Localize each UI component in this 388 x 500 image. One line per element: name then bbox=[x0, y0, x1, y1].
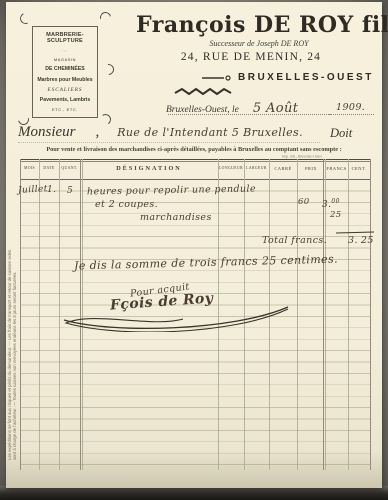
col-largeur: LARGEUR bbox=[244, 166, 269, 170]
entry-month: Juillet bbox=[18, 184, 48, 196]
margin-note-line2: sont à charge de l'acheteur. — Toutes ca… bbox=[12, 175, 17, 460]
payment-terms: Pour vente et livraison des marchandises… bbox=[16, 146, 372, 153]
salutation-comma: , bbox=[96, 124, 100, 140]
services-box: MARBRERIE-SCULPTURE ·:· MAGASIN DE CHEMI… bbox=[32, 26, 98, 118]
scanned-invoice: MARBRERIE-SCULPTURE ·:· MAGASIN DE CHEMI… bbox=[0, 0, 388, 500]
entry-date: 1. bbox=[47, 185, 56, 195]
torn-bottom-edge bbox=[0, 486, 388, 500]
side-flourish-icon bbox=[101, 62, 116, 77]
col-cent: CENT. bbox=[348, 166, 370, 171]
flourish-icon bbox=[174, 87, 232, 96]
margin-legal-note: Les expéditions se font aux risques et p… bbox=[7, 175, 18, 460]
services-line-escaliers: ESCALIERS bbox=[48, 87, 83, 93]
col-longueur: LONGUEUR bbox=[218, 166, 244, 170]
services-line-pavements: Pavements, Lambris bbox=[40, 97, 90, 103]
box-separator: ·:· bbox=[62, 48, 69, 53]
salutation-underline bbox=[18, 142, 320, 143]
col-prix: PRIX bbox=[297, 166, 325, 171]
doit-label: Doit bbox=[330, 126, 352, 141]
company-name: François DE ROY fils bbox=[136, 12, 382, 38]
year-underline bbox=[328, 114, 374, 115]
corner-flourish-icon bbox=[98, 10, 113, 25]
col-quant: QUANT. bbox=[59, 166, 80, 170]
col-date: DATE bbox=[39, 166, 59, 170]
services-line-magasin: MAGASIN bbox=[54, 57, 76, 62]
col-francs: FRANCS bbox=[325, 166, 348, 171]
entry-designation-3: marchandises bbox=[140, 212, 212, 223]
signature-flourish-icon bbox=[58, 298, 298, 332]
successor-line: Successeur de Joseph DE ROY bbox=[156, 39, 362, 48]
services-line-etc: ETC., ETC. bbox=[52, 107, 78, 112]
services-title: MARBRERIE-SCULPTURE bbox=[34, 32, 96, 44]
total-label: Total francs. bbox=[262, 235, 327, 246]
corner-flourish-icon bbox=[18, 11, 32, 25]
services-line-cheminees: DE CHEMINÉES bbox=[45, 66, 85, 72]
invoice-paper: MARBRERIE-SCULPTURE ·:· MAGASIN DE CHEMI… bbox=[6, 2, 382, 488]
entry-amount-2: 25 bbox=[330, 210, 342, 220]
dash-ornament-icon bbox=[202, 74, 232, 82]
col-mois: MOIS bbox=[20, 166, 39, 170]
entry-quantity: 5 bbox=[67, 186, 73, 196]
entry-designation-2: et 2 coupes. bbox=[95, 199, 158, 210]
city-name: BRUXELLES-OUEST bbox=[238, 72, 374, 83]
services-line-marbres: Marbres pour Meubles bbox=[37, 77, 92, 83]
date-underline bbox=[168, 114, 331, 115]
total-amount: 3.25 bbox=[348, 235, 374, 246]
city-row: BRUXELLES-OUEST bbox=[202, 72, 374, 83]
col-designation: DÉSIGNATION bbox=[80, 165, 218, 172]
street-address: 24, Rue de Menin, 24 bbox=[134, 51, 368, 63]
entry-amount-1: 3.00 bbox=[322, 198, 340, 210]
salutation-row: Monsieur , Rue de l'Intendant 5 Bruxelle… bbox=[18, 123, 303, 141]
monsieur-label: Monsieur bbox=[18, 124, 76, 140]
entry-unit-price: 60 bbox=[298, 197, 310, 207]
col-carre: CARRÉ bbox=[269, 166, 297, 171]
client-address: Rue de l'Intendant 5 Bruxelles. bbox=[117, 126, 303, 139]
year: 1909. bbox=[336, 102, 365, 113]
